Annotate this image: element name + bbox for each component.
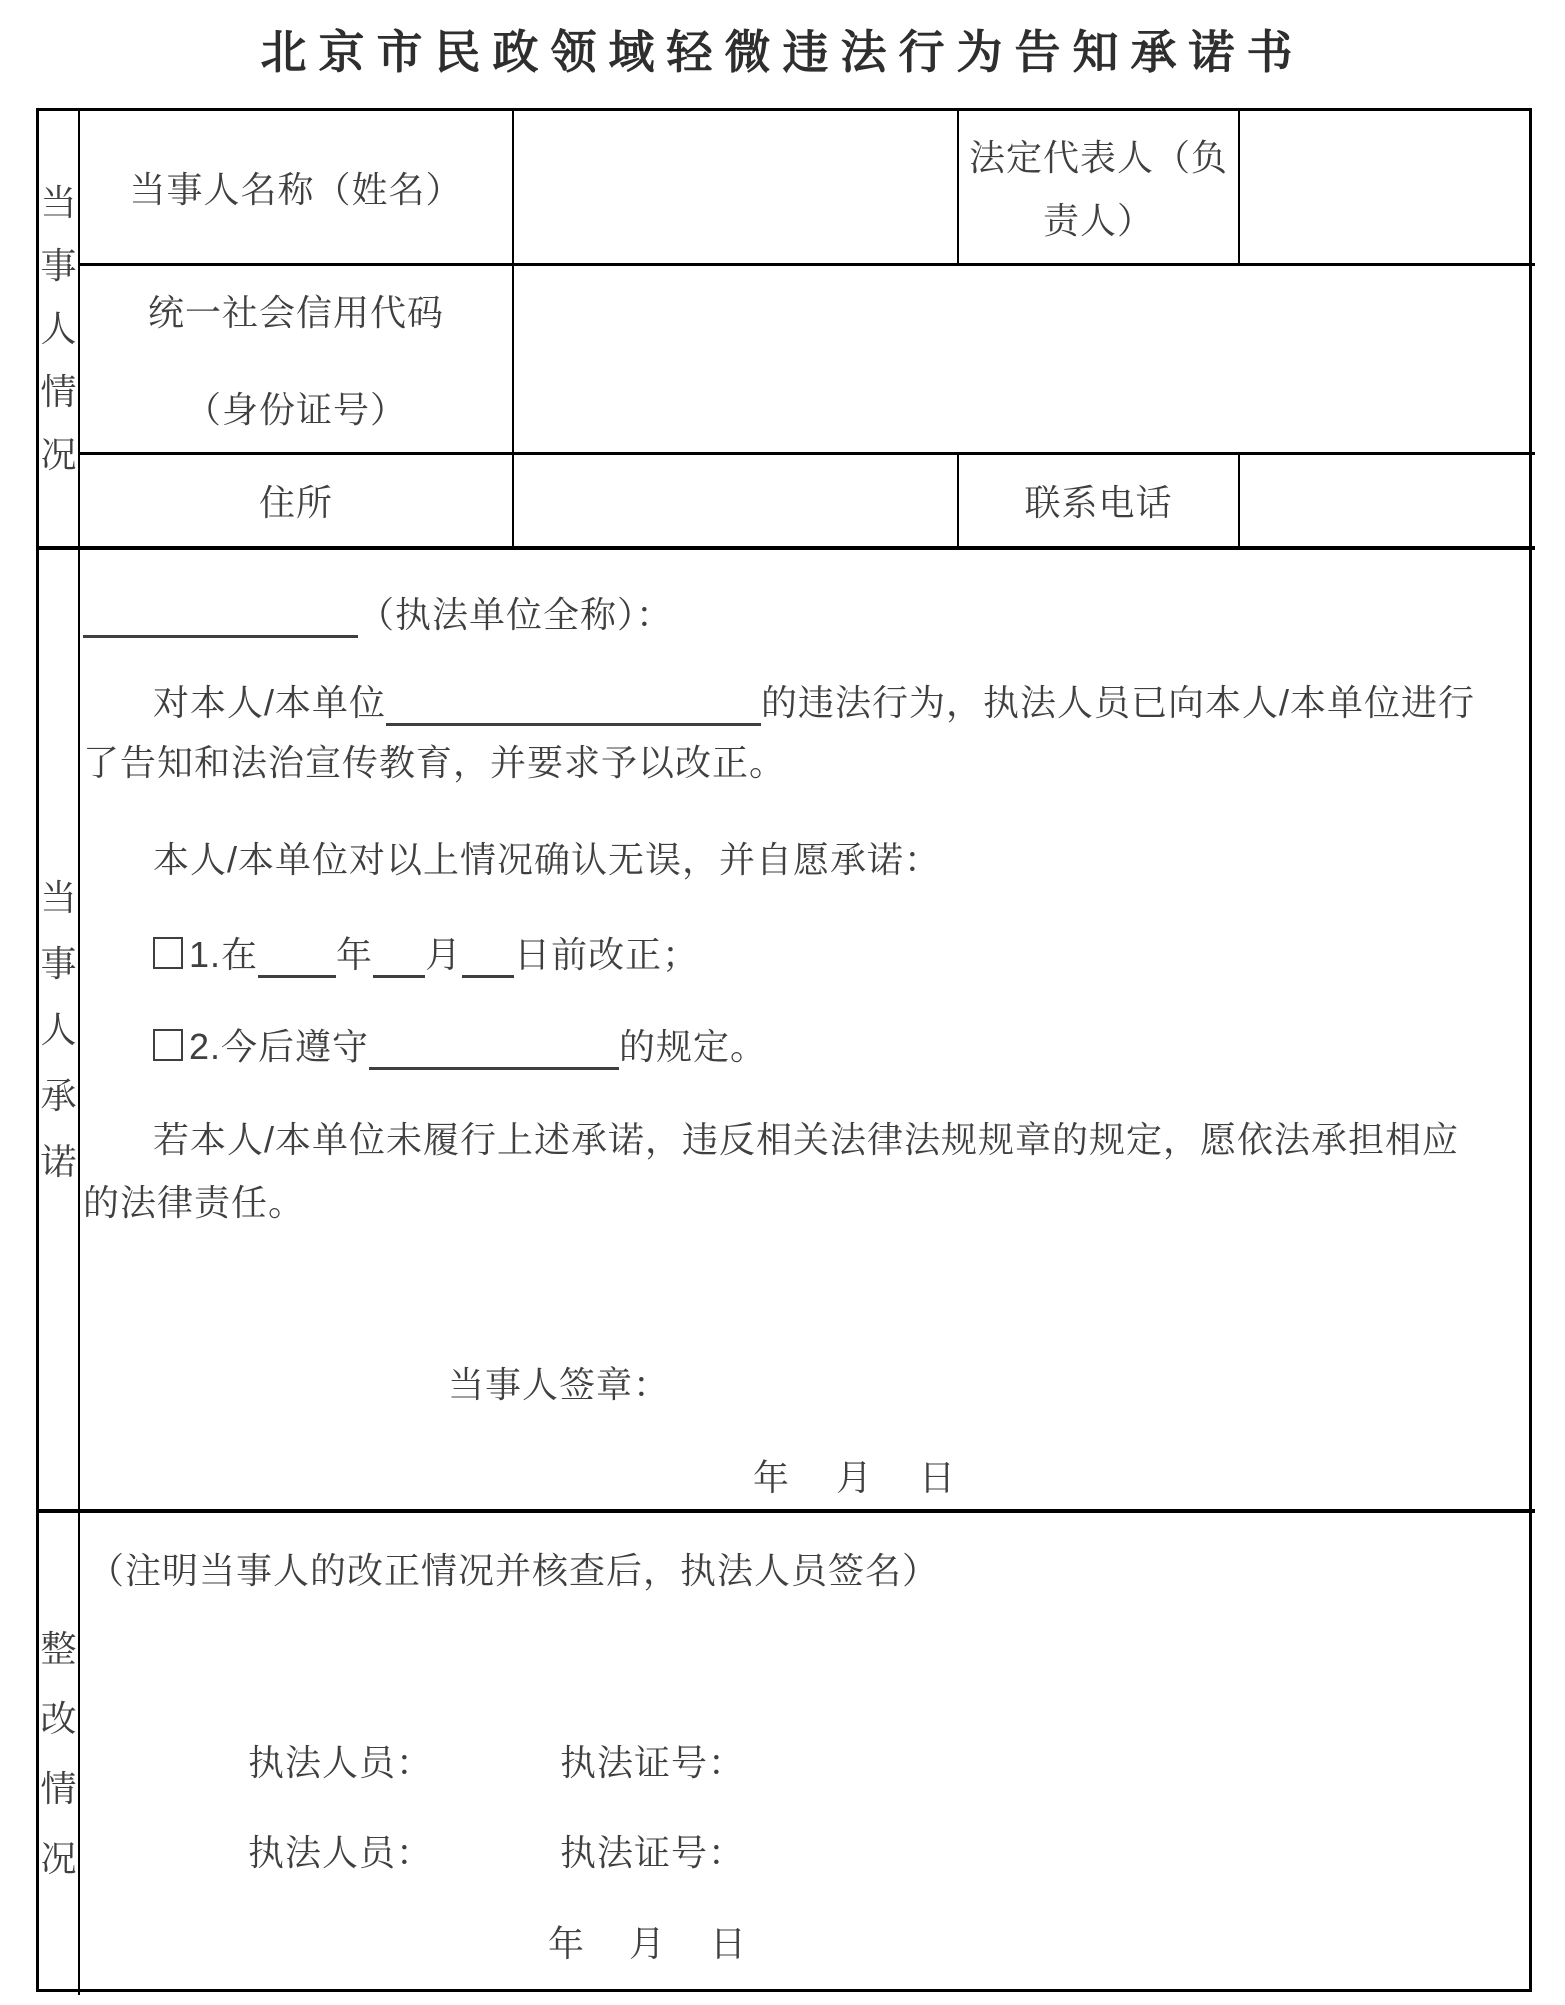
enforcement-unit-line: （执法单位全称）： [83,592,673,638]
officer-row-1: 执法人员：执法证号： [248,1740,745,1786]
phone-value-cell [1240,455,1535,550]
promise-item-1: 1.在年月日前改正； [153,932,699,978]
party-name-label-text: 当事人名称（姓名） [129,162,462,213]
section-label-party-info: 当事人情况 [39,111,80,550]
commitment-date-year: 年 [753,1457,790,1498]
address-label-text: 住所 [259,475,333,526]
document-page: 北京市民政领域轻微违法行为告知承诺书 当事人情况 当事人名称（姓名） 法定代表人… [0,0,1565,2005]
item1-month-blank [373,937,425,978]
item1-pre: 1.在 [189,934,258,975]
page-title: 北京市民政领域轻微违法行为告知承诺书 [0,16,1565,82]
rectification-body: （注明当事人的改正情况并核查后，执法人员签名） 执法人员：执法证号： 执法人员：… [80,1513,1535,1995]
party-name-label: 当事人名称（姓名） [80,111,514,266]
form-table: 当事人情况 当事人名称（姓名） 法定代表人（负 责人） 统一社会信用代码 （身份… [36,108,1532,1992]
confirmation-line: 本人/本单位对以上情况确认无误，并自愿承诺： [153,837,941,883]
commitment-date-line: 年月日 [753,1455,956,1501]
enforcement-unit-suffix: （执法单位全称）： [358,594,673,635]
commitment-body: （执法单位全称）： 对本人/本单位的违法行为，执法人员已向本人/本单位进行 了告… [80,550,1535,1513]
officer-row-2: 执法人员：执法证号： [248,1830,745,1876]
item1-year-blank [258,937,336,978]
phone-label-text: 联系电话 [1024,475,1172,526]
violation-line: 对本人/本单位的违法行为，执法人员已向本人/本单位进行 [153,680,1475,726]
enforcement-unit-blank [83,597,358,638]
legal-rep-label-line1: 法定代表人（负 [969,130,1228,181]
section-label-rectification: 整改情况 [39,1513,80,1995]
section-label-commitment: 当事人承诺 [39,550,80,1513]
violation-line2: 了告知和法治宣传教育，并要求予以改正。 [83,740,786,786]
legal-rep-label: 法定代表人（负 责人） [959,111,1240,266]
checkbox-item1-icon[interactable] [153,937,183,969]
item1-month: 月 [425,934,462,975]
commitment-date-month: 月 [836,1457,873,1498]
address-label: 住所 [80,455,514,550]
credit-code-label-line2: （身份证号） [185,382,407,433]
rectification-date-month: 月 [629,1923,666,1964]
checkbox-item2-icon[interactable] [153,1029,183,1061]
rectification-note: （注明当事人的改正情况并核查后，执法人员签名） [88,1548,939,1594]
item2-blank [369,1029,619,1070]
commitment-date-day: 日 [919,1457,956,1498]
officer-label-2: 执法人员： [248,1832,433,1873]
item2-pre: 2.今后遵守 [189,1026,369,1067]
liability-line1: 若本人/本单位未履行上述承诺，违反相关法律法规规章的规定，愿依法承担相应 [153,1117,1459,1163]
rectification-date-line: 年月日 [548,1921,747,1967]
promise-item-2: 2.今后遵守的规定。 [153,1024,767,1070]
violation-prefix: 对本人/本单位 [153,682,386,723]
item1-year: 年 [336,934,373,975]
violation-blank [386,685,761,726]
phone-label: 联系电话 [959,455,1240,550]
credit-code-label: 统一社会信用代码 （身份证号） [80,266,514,455]
party-signature-label: 当事人签章： [448,1362,670,1408]
item1-day-blank [462,937,514,978]
address-value-cell [514,455,959,550]
rectification-date-day: 日 [710,1923,747,1964]
legal-rep-value-cell [1240,111,1535,266]
violation-suffix: 的违法行为，执法人员已向本人/本单位进行 [761,682,1475,723]
item1-tail: 日前改正； [514,934,699,975]
officer-label-1: 执法人员： [248,1742,433,1783]
item2-tail: 的规定。 [619,1026,767,1067]
cert-label-2: 执法证号： [560,1832,745,1873]
cert-label-1: 执法证号： [560,1742,745,1783]
legal-rep-label-line2: 责人） [1043,193,1154,244]
party-name-value-cell [514,111,959,266]
credit-code-value-cell [514,266,1535,455]
rectification-date-year: 年 [548,1923,585,1964]
credit-code-label-line1: 统一社会信用代码 [148,285,444,336]
liability-line2: 的法律责任。 [83,1180,305,1226]
